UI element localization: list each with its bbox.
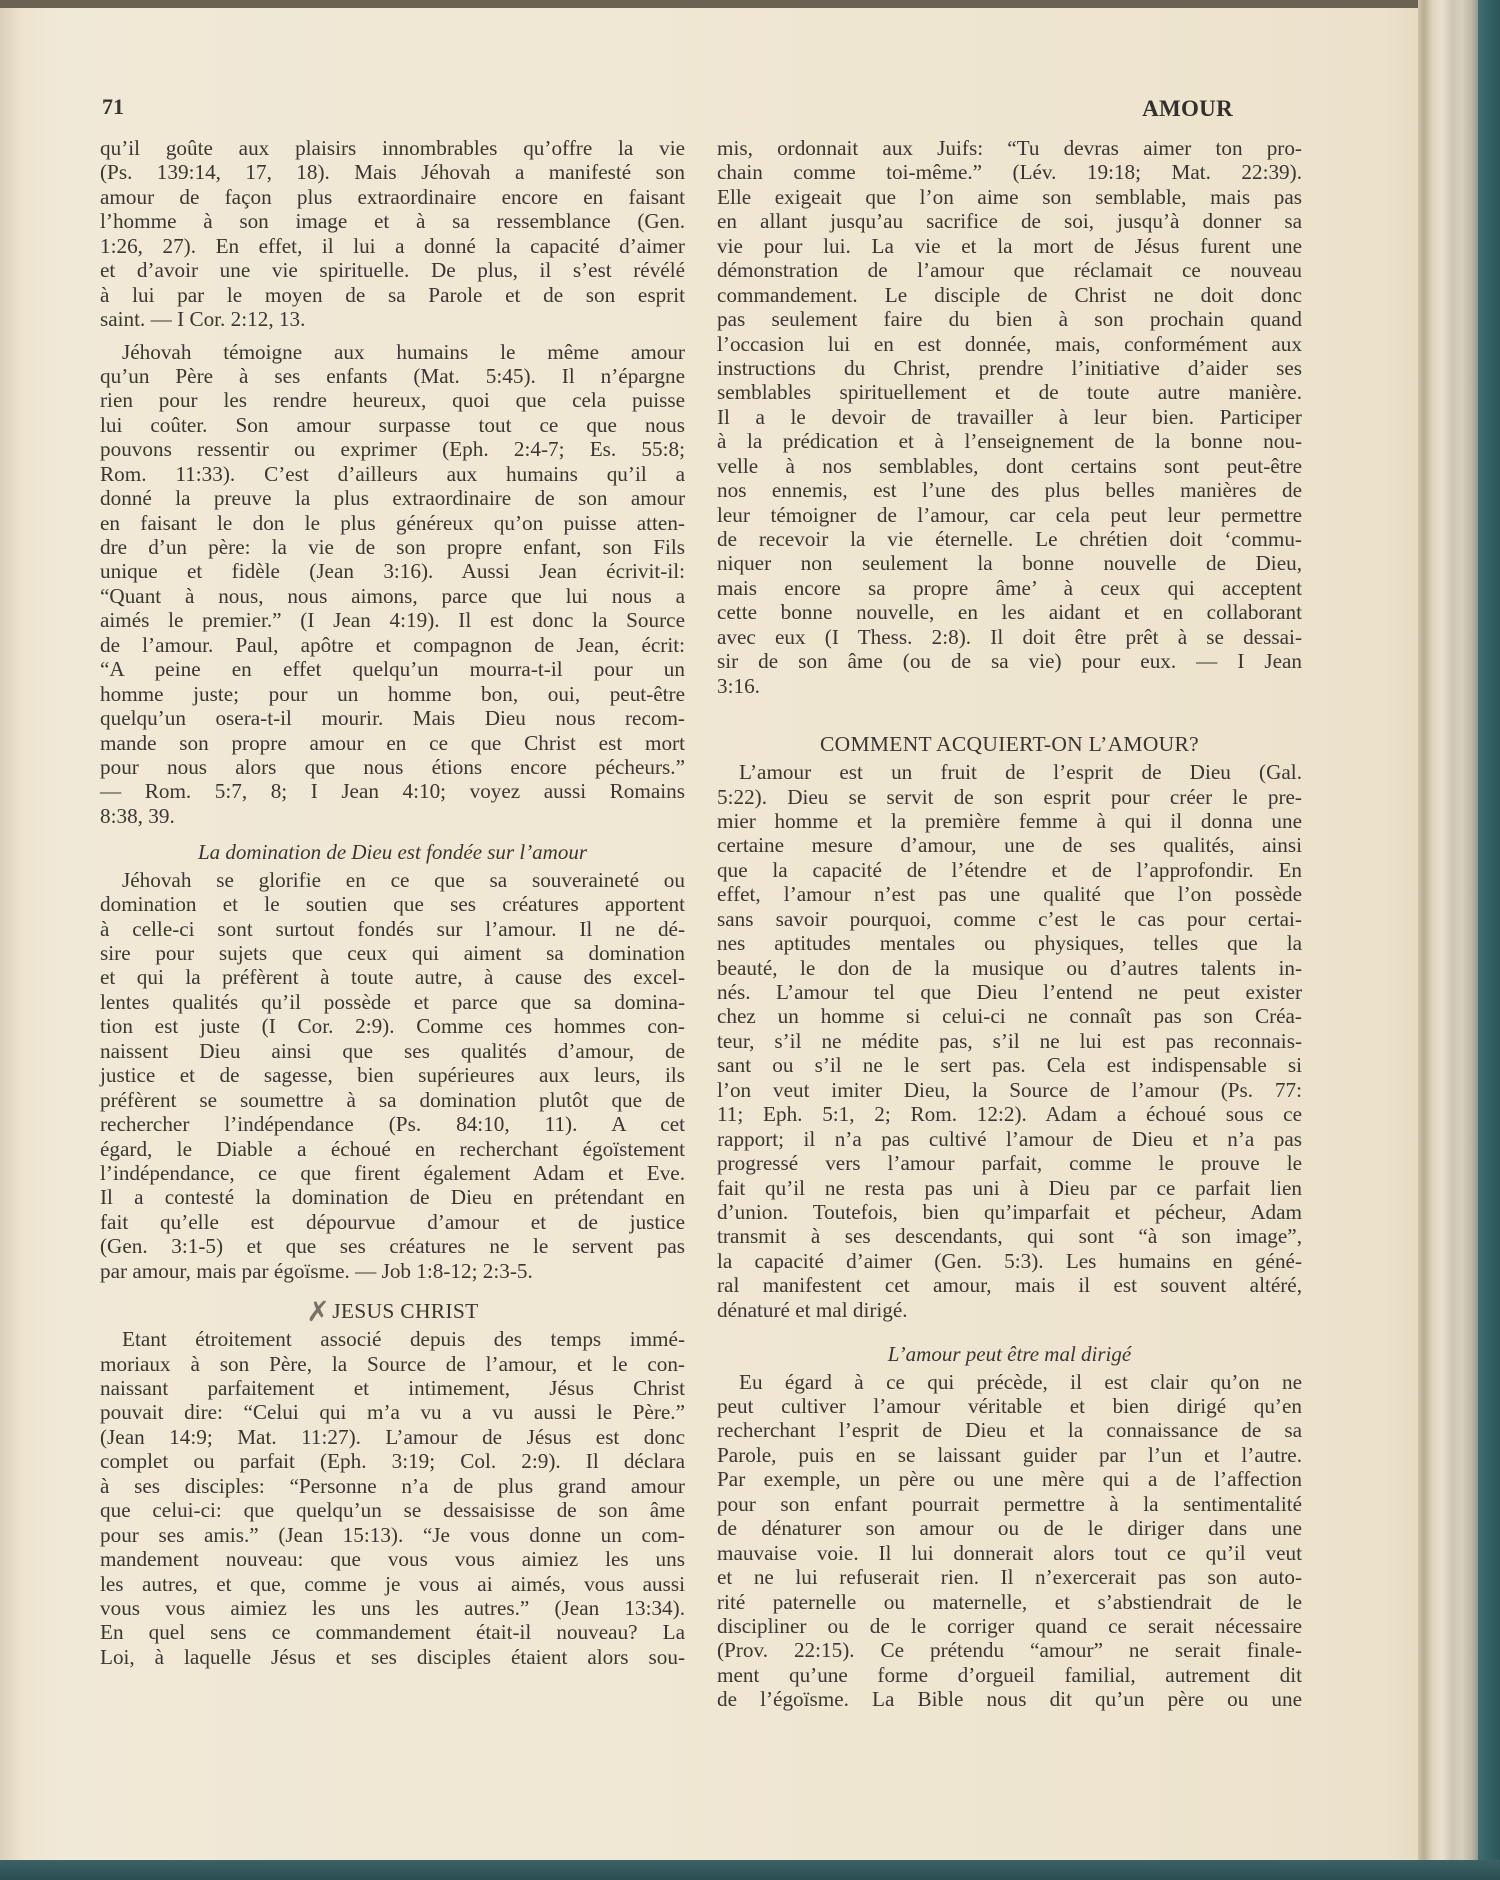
section-heading-comment-acquiert: COMMENT ACQUIERT-ON L’AMOUR? <box>717 732 1302 758</box>
section-heading-jesus-christ: ✗JESUS CHRIST <box>100 1299 685 1325</box>
text-line: de recevoir la vie éternelle. Le chrétie… <box>717 527 1302 551</box>
text-line: fait qu’il ne resta pas uni à Dieu par c… <box>717 1176 1302 1200</box>
text-line: Rom. 11:33). C’est d’ailleurs aux humain… <box>100 462 685 486</box>
text-line: Il a le devoir de travailler à leur bien… <box>717 405 1302 429</box>
text-line: (Gen. 3:1-5) et que ses créatures ne le … <box>100 1234 685 1258</box>
text-line: cette bonne nouvelle, en les aidant et e… <box>717 600 1302 624</box>
text-line: égard, le Diable a échoué en recherchant… <box>100 1137 685 1161</box>
text-line: vie pour lui. La vie et la mort de Jésus… <box>717 234 1302 258</box>
text-line: l’on veut imiter Dieu, la Source de l’am… <box>717 1078 1302 1102</box>
text-line: qu’il goûte aux plaisirs innombrables qu… <box>100 136 685 160</box>
text-line: naissent Dieu ainsi que ses qualités d’a… <box>100 1039 685 1063</box>
text-line: justice et de sagesse, bien supérieures … <box>100 1063 685 1087</box>
text-line: mande son propre amour en ce que Christ … <box>100 731 685 755</box>
text-line: mauvaise voie. Il lui donnerait alors to… <box>717 1541 1302 1565</box>
book-cover-bottom <box>0 1860 1500 1880</box>
left-paragraph-2: Jéhovah témoigne aux humains le même amo… <box>100 340 685 829</box>
text-line: à la prédication et à l’enseignement de … <box>717 429 1302 453</box>
section-heading-jesus-christ-text: JESUS CHRIST <box>332 1299 478 1323</box>
book-top-edge <box>0 0 1500 8</box>
text-line: avec eux (I Thess. 2:8). Il doit être pr… <box>717 625 1302 649</box>
text-line: rechercher l’indépendance (Ps. 84:10, 11… <box>100 1112 685 1136</box>
text-line: et qui la préfèrent à toute autre, à cau… <box>100 965 685 989</box>
text-line: dre d’un père: la vie de son propre enfa… <box>100 535 685 559</box>
text-line: L’amour est un fruit de l’esprit de Dieu… <box>717 760 1302 784</box>
text-line: 5:22). Dieu se servit de son esprit pour… <box>717 785 1302 809</box>
text-line: l’homme à son image et à sa ressemblance… <box>100 209 685 233</box>
text-line: quelqu’un osera-t-il mourir. Mais Dieu n… <box>100 706 685 730</box>
right-paragraph-3: Eu égard à ce qui précède, il est clair … <box>717 1370 1302 1712</box>
text-line: transmit à ses descendants, qui sont “à … <box>717 1224 1302 1248</box>
text-line: démonstration de l’amour que réclamait c… <box>717 258 1302 282</box>
text-line: dénaturé et mal dirigé. <box>717 1298 1302 1322</box>
text-line: Loi, à laquelle Jésus et ses disciples é… <box>100 1645 685 1669</box>
text-line: chain comme toi-même.” (Lév. 19:18; Mat.… <box>717 160 1302 184</box>
text-line: sir de son âme (ou de sa vie) pour eux. … <box>717 649 1302 673</box>
text-line: rapport; il n’a pas cultivé l’amour de D… <box>717 1127 1302 1151</box>
text-line: de l’amour. Paul, apôtre et compagnon de… <box>100 633 685 657</box>
text-line: Eu égard à ce qui précède, il est clair … <box>717 1370 1302 1394</box>
book-cover-right <box>1478 0 1500 1880</box>
left-paragraph-4: Etant étroitement associé depuis des tem… <box>100 1327 685 1669</box>
text-line: velle à nos semblables, dont certains so… <box>717 454 1302 478</box>
text-line: progressé vers l’amour parfait, comme le… <box>717 1151 1302 1175</box>
text-line: — Rom. 5:7, 8; I Jean 4:10; voyez aussi … <box>100 779 685 803</box>
text-line: Parole, puis en se laissant guider par l… <box>717 1443 1302 1467</box>
text-line: aimés le premier.” (I Jean 4:19). Il est… <box>100 608 685 632</box>
text-line: ral manifestent cet amour, mais il est s… <box>717 1273 1302 1297</box>
text-line: rité paternelle ou maternelle, et s’abst… <box>717 1590 1302 1614</box>
text-line: “A peine en effet quelqu’un mourra-t-il … <box>100 657 685 681</box>
text-line: 8:38, 39. <box>100 804 685 828</box>
text-line: recherchant l’esprit de Dieu et la conna… <box>717 1418 1302 1442</box>
text-line: homme juste; pour un homme bon, oui, peu… <box>100 682 685 706</box>
text-line: donné la preuve la plus extraordinaire d… <box>100 486 685 510</box>
text-line: (Ps. 139:14, 17, 18). Mais Jéhovah a man… <box>100 160 685 184</box>
text-line: les autres, et que, comme je vous ai aim… <box>100 1572 685 1596</box>
text-line: 11; Eph. 5:1, 2; Rom. 12:2). Adam a écho… <box>717 1102 1302 1126</box>
text-line: fait qu’elle est dépourvue d’amour et de… <box>100 1210 685 1234</box>
text-line: nés. L’amour tel que Dieu l’entend ne pe… <box>717 980 1302 1004</box>
left-paragraph-1: qu’il goûte aux plaisirs innombrables qu… <box>100 136 685 332</box>
text-line: 3:16. <box>717 674 1302 698</box>
text-line: lentes qualités qu’il possède et parce q… <box>100 990 685 1014</box>
text-line: à ses disciples: “Personne n’a de plus g… <box>100 1474 685 1498</box>
text-line: peut cultiver l’amour véritable et bien … <box>717 1394 1302 1418</box>
text-line: (Prov. 22:15). Ce prétendu “amour” ne se… <box>717 1638 1302 1662</box>
section-heading-mal-dirige: L’amour peut être mal dirigé <box>717 1342 1302 1366</box>
right-column: mis, ordonnait aux Juifs: “Tu devras aim… <box>717 136 1302 1712</box>
text-line: certaine mesure d’amour, une de ses qual… <box>717 833 1302 857</box>
text-line: en faisant le don le plus généreux qu’on… <box>100 511 685 535</box>
text-line: domination et le soutien que ses créatur… <box>100 892 685 916</box>
text-line: pour son enfant pourrait permettre à la … <box>717 1492 1302 1516</box>
page-number: 71 <box>102 94 124 120</box>
text-line: tion est juste (I Cor. 2:9). Comme ces h… <box>100 1014 685 1038</box>
text-line: que la capacité de l’étendre et de l’app… <box>717 858 1302 882</box>
text-line: mandement nouveau: que vous vous aimiez … <box>100 1547 685 1571</box>
text-line: Il a contesté la domination de Dieu en p… <box>100 1185 685 1209</box>
text-line: de l’égoïsme. La Bible nous dit qu’un pè… <box>717 1687 1302 1711</box>
pencil-x-mark-icon: ✗ <box>306 1300 330 1324</box>
text-line: Jéhovah se glorifie en ce que sa souvera… <box>100 868 685 892</box>
text-line: (Jean 14:9; Mat. 11:27). L’amour de Jésu… <box>100 1425 685 1449</box>
text-line: mis, ordonnait aux Juifs: “Tu devras aim… <box>717 136 1302 160</box>
running-head: AMOUR <box>1142 96 1233 122</box>
text-line: Elle exigeait que l’on aime son semblabl… <box>717 185 1302 209</box>
section-heading-domination: La domination de Dieu est fondée sur l’a… <box>100 840 685 864</box>
text-line: rien pour les rendre heureux, quoi que c… <box>100 388 685 412</box>
text-line: sant ou s’il ne le sert pas. Cela est in… <box>717 1053 1302 1077</box>
text-line: en allant jusqu’au sacrifice de soi, jus… <box>717 209 1302 233</box>
text-line: sans savoir pourquoi, comme c’est le cas… <box>717 907 1302 931</box>
text-line: sire pour sujets que ceux qui aiment sa … <box>100 941 685 965</box>
text-line: commandement. Le disciple de Christ ne d… <box>717 283 1302 307</box>
book-page-edges <box>1418 0 1478 1860</box>
text-line: naissant parfaitement et intimement, Jés… <box>100 1376 685 1400</box>
text-line: 1:26, 27). En effet, il lui a donné la c… <box>100 234 685 258</box>
text-line: “Quant à nous, nous aimons, parce que lu… <box>100 584 685 608</box>
text-line: moriaux à son Père, la Source de l’amour… <box>100 1352 685 1376</box>
text-line: à lui par le moyen de sa Parole et de so… <box>100 283 685 307</box>
text-line: chez un homme si celui-ci ne connaît pas… <box>717 1004 1302 1028</box>
right-paragraph-2: L’amour est un fruit de l’esprit de Dieu… <box>717 760 1302 1322</box>
text-line: lui coûter. Son amour surpasse tout ce q… <box>100 413 685 437</box>
text-line: complet ou parfait (Eph. 3:19; Col. 2:9)… <box>100 1449 685 1473</box>
text-line: nes aptitudes mentales ou physiques, tel… <box>717 931 1302 955</box>
text-line: et ne lui refuserait rien. Il n’exercera… <box>717 1565 1302 1589</box>
text-line: leur témoigner de l’amour, car cela peut… <box>717 503 1302 527</box>
text-line: beauté, le don de la musique ou d’autres… <box>717 956 1302 980</box>
text-line: nos ennemis, est l’une des plus belles m… <box>717 478 1302 502</box>
text-line: instructions du Christ, prendre l’initia… <box>717 356 1302 380</box>
text-line: mier homme et la première femme à qui il… <box>717 809 1302 833</box>
text-line: pouvons ressentir ou exprimer (Eph. 2:4-… <box>100 437 685 461</box>
left-paragraph-3: Jéhovah se glorifie en ce que sa souvera… <box>100 868 685 1283</box>
text-line: discipliner ou de le corriger quand ce s… <box>717 1614 1302 1638</box>
text-line: pouvait dire: “Celui qui m’a vu a vu aus… <box>100 1400 685 1424</box>
left-column: qu’il goûte aux plaisirs innombrables qu… <box>100 136 685 1669</box>
text-line: par amour, mais par égoïsme. — Job 1:8-1… <box>100 1259 685 1283</box>
text-line: mais encore sa propre âme’ à ceux qui ac… <box>717 576 1302 600</box>
right-paragraph-1: mis, ordonnait aux Juifs: “Tu devras aim… <box>717 136 1302 698</box>
text-line: pour ses amis.” (Jean 15:13). “Je vous d… <box>100 1523 685 1547</box>
text-line: Etant étroitement associé depuis des tem… <box>100 1327 685 1351</box>
text-line: qu’un Père à ses enfants (Mat. 5:45). Il… <box>100 364 685 388</box>
text-line: pas seulement faire du bien à son procha… <box>717 307 1302 331</box>
text-line: Jéhovah témoigne aux humains le même amo… <box>100 340 685 364</box>
text-line: l’indépendance, ce que firent également … <box>100 1161 685 1185</box>
text-line: teur, s’il ne médite pas, s’il ne lui es… <box>717 1029 1302 1053</box>
text-line: préfèrent se soumettre à sa domination p… <box>100 1088 685 1112</box>
text-line: ment qu’une forme d’orgueil familial, au… <box>717 1663 1302 1687</box>
text-line: à celle-ci sont surtout fondés sur l’amo… <box>100 917 685 941</box>
text-line: pour nous alors que nous étions encore p… <box>100 755 685 779</box>
text-line: effet, l’amour n’est pas une qualité que… <box>717 882 1302 906</box>
text-line: de dénaturer son amour ou de le diriger … <box>717 1516 1302 1540</box>
text-line: En quel sens ce commandement était-il no… <box>100 1620 685 1644</box>
text-line: unique et fidèle (Jean 3:16). Aussi Jean… <box>100 559 685 583</box>
text-line: que celui-ci: que quelqu’un se dessaisis… <box>100 1498 685 1522</box>
text-line: et d’avoir une vie spirituelle. De plus,… <box>100 258 685 282</box>
text-line: la capacité d’aimer (Gen. 5:3). Les huma… <box>717 1249 1302 1273</box>
text-line: d’union. Toutefois, bien qu’imparfait et… <box>717 1200 1302 1224</box>
text-line: amour de façon plus extraordinaire encor… <box>100 185 685 209</box>
text-line: Par exemple, un père ou une mère qui a d… <box>717 1467 1302 1491</box>
text-line: niquer non seulement la bonne nouvelle d… <box>717 551 1302 575</box>
text-line: semblables spirituellement et de toute a… <box>717 380 1302 404</box>
text-line: l’occasion lui en est donnée, mais, conf… <box>717 332 1302 356</box>
book-page: 71 AMOUR qu’il goûte aux plaisirs innomb… <box>0 8 1430 1860</box>
text-line: vous vous aimiez les uns les autres.” (J… <box>100 1596 685 1620</box>
text-line: saint. — I Cor. 2:12, 13. <box>100 307 685 331</box>
